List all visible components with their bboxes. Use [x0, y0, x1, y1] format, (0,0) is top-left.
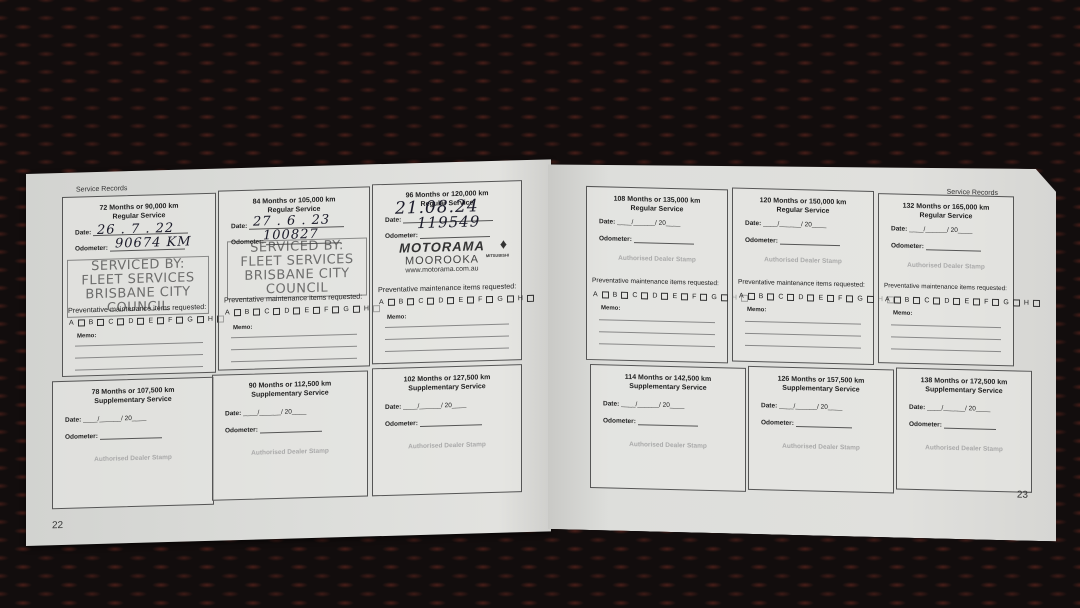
checkbox-c[interactable]: [427, 298, 434, 305]
odometer-field[interactable]: [634, 235, 694, 244]
checkbox-g[interactable]: [1013, 299, 1020, 306]
service-box-138-months: 138 Months or 172,500 km Supplementary S…: [896, 368, 1032, 493]
odometer-row: Odometer:: [225, 422, 367, 436]
memo-line[interactable]: [891, 348, 1001, 352]
date-row: Date: ____/______/ 20____: [65, 413, 213, 427]
left-page: Service Records 72 Months or 90,000 km R…: [26, 159, 551, 546]
pm-checkboxes: A B C D E F G H: [379, 295, 536, 306]
date-row: Date: ____/______/ 20____: [225, 406, 367, 420]
pm-checkboxes: A B C D E F G H: [225, 305, 382, 316]
checkbox-d[interactable]: [807, 294, 814, 301]
odometer-row: Odometer:: [909, 420, 1031, 433]
dealer-stamp-placeholder: Authorised Dealer Stamp: [587, 254, 727, 264]
dealer-stamp-placeholder: Authorised Dealer Stamp: [53, 453, 213, 464]
memo-line[interactable]: [385, 336, 509, 340]
service-interval-title: 120 Months or 150,000 km Regular Service: [733, 196, 873, 217]
odometer-field[interactable]: [100, 430, 162, 440]
date-row: Date: ____/______/ 20____: [761, 402, 893, 415]
dealer-stamp-placeholder: Authorised Dealer Stamp: [749, 442, 893, 453]
service-box-84-months: 84 Months or 105,000 km Regular Service …: [218, 186, 370, 370]
checkbox-e[interactable]: [313, 307, 320, 314]
date-field[interactable]: ____/______/ 20____: [779, 403, 842, 412]
odometer-row: Odometer:: [385, 416, 521, 430]
memo-label: Memo:: [747, 307, 766, 313]
checkbox-f[interactable]: [332, 306, 339, 313]
checkbox-b[interactable]: [767, 293, 774, 300]
service-interval-title: 90 Months or 112,500 km Supplementary Se…: [213, 378, 367, 400]
memo-line[interactable]: [745, 345, 861, 349]
pm-label: Preventative maintenance items requested…: [592, 277, 719, 287]
pm-label: Preventative maintenance items requested…: [884, 282, 1007, 292]
checkbox-d[interactable]: [661, 293, 668, 300]
checkbox-e[interactable]: [157, 317, 164, 324]
service-box-114-months: 114 Months or 142,500 km Supplementary S…: [590, 364, 746, 492]
memo-label: Memo:: [77, 333, 96, 340]
checkbox-f[interactable]: [846, 295, 853, 302]
date-row: Date: ____/______/ 20____: [603, 400, 745, 413]
checkbox-h[interactable]: [1033, 300, 1040, 307]
date-field[interactable]: ____/______/ 20____: [243, 408, 306, 417]
dealer-stamp-placeholder: Authorised Dealer Stamp: [897, 444, 1031, 454]
checkbox-f[interactable]: [176, 317, 183, 324]
mitsubishi-logo-icon: ♦: [500, 236, 507, 252]
checkbox-b[interactable]: [913, 297, 920, 304]
pm-label: Preventative maintenance items requested…: [378, 281, 516, 294]
service-interval-title: 126 Months or 157,500 km Supplementary S…: [749, 374, 893, 396]
service-box-108-months: 108 Months or 135,000 km Regular Service…: [586, 186, 728, 363]
dealer-stamp-placeholder: Authorised Dealer Stamp: [213, 446, 367, 457]
service-box-90-months: 90 Months or 112,500 km Supplementary Se…: [212, 370, 368, 500]
pm-label: Preventative maintenance items requested…: [738, 279, 865, 289]
memo-line[interactable]: [599, 343, 715, 347]
date-field[interactable]: ____/______/ 20____: [621, 401, 684, 410]
memo-line[interactable]: [745, 333, 861, 337]
date-field[interactable]: ____/______/ 20____: [83, 415, 146, 424]
checkbox-d[interactable]: [293, 307, 300, 314]
memo-label: Memo:: [233, 325, 252, 332]
checkbox-a[interactable]: [894, 296, 901, 303]
checkbox-g[interactable]: [867, 296, 874, 303]
checkbox-e[interactable]: [681, 293, 688, 300]
odometer-row: Odometer:: [745, 236, 873, 249]
page-header-label: Service Records: [76, 185, 127, 193]
service-box-72-months: 72 Months or 90,000 km Regular Service D…: [62, 193, 216, 377]
odometer-row: Odometer:: [761, 418, 893, 431]
odometer-field[interactable]: [796, 419, 852, 428]
date-field[interactable]: ____/______/ 20____: [617, 219, 680, 228]
memo-line[interactable]: [599, 319, 715, 323]
checkbox-d[interactable]: [137, 318, 144, 325]
memo-line[interactable]: [385, 324, 509, 328]
handwritten-odometer: 119549: [417, 212, 480, 232]
checkbox-g[interactable]: [353, 306, 360, 313]
checkbox-c[interactable]: [787, 294, 794, 301]
checkbox-b[interactable]: [407, 298, 414, 305]
right-page: Service Records 108 Months or 135,000 km…: [548, 157, 1056, 541]
checkbox-c[interactable]: [933, 297, 940, 304]
service-interval-title: 114 Months or 142,500 km Supplementary S…: [591, 372, 745, 394]
checkbox-e[interactable]: [827, 295, 834, 302]
odometer-field[interactable]: [926, 242, 981, 251]
checkbox-h[interactable]: [527, 295, 534, 302]
memo-line[interactable]: [891, 336, 1001, 340]
odometer-field[interactable]: [420, 417, 482, 427]
odometer-row: Odometer:: [65, 429, 213, 443]
service-box-78-months: 78 Months or 107,500 km Supplementary Se…: [52, 377, 214, 510]
date-field[interactable]: ____/______/ 20____: [403, 402, 466, 411]
memo-line[interactable]: [385, 348, 509, 352]
checkbox-a[interactable]: [388, 299, 395, 306]
service-box-102-months: 102 Months or 127,500 km Supplementary S…: [372, 364, 522, 496]
memo-line[interactable]: [231, 334, 357, 339]
memo-line[interactable]: [599, 331, 715, 335]
service-box-120-months: 120 Months or 150,000 km Regular Service…: [732, 187, 874, 364]
checkbox-g[interactable]: [507, 295, 514, 302]
date-row: Date: ____/______/ 20____: [909, 404, 1031, 417]
date-field[interactable]: ____/______/ 20____: [927, 404, 990, 413]
service-interval-title: 78 Months or 107,500 km Supplementary Se…: [53, 385, 213, 407]
memo-line[interactable]: [75, 366, 203, 371]
memo-label: Memo:: [893, 310, 912, 316]
checkbox-e[interactable]: [467, 296, 474, 303]
service-box-96-months: 96 Months or 120,000 km Regular Service …: [372, 180, 522, 364]
checkbox-c[interactable]: [117, 318, 124, 325]
checkbox-f[interactable]: [992, 299, 999, 306]
service-booklet: Service Records 72 Months or 90,000 km R…: [0, 0, 1080, 608]
service-box-132-months: 132 Months or 165,000 km Regular Service…: [878, 193, 1014, 366]
date-field[interactable]: ____/______/ 20____: [909, 226, 972, 235]
dealer-stamp: MOTORAMA MOOROOKA www.motorama.com.au ♦ …: [397, 238, 487, 275]
dealer-stamp-placeholder: Authorised Dealer Stamp: [591, 440, 745, 451]
pm-checkboxes: A B C D E F G H: [885, 296, 1042, 307]
pm-checkboxes: A B C D E F G H: [739, 293, 896, 304]
service-box-126-months: 126 Months or 157,500 km Supplementary S…: [748, 366, 894, 494]
checkbox-b[interactable]: [253, 308, 260, 315]
checkbox-c[interactable]: [641, 292, 648, 299]
pm-checkboxes: A B C D E F G H: [593, 291, 750, 302]
date-row: Date: ____/______/ 20____: [891, 225, 1013, 238]
date-row: Date: ____/______/ 20____: [385, 400, 521, 414]
service-interval-title: 138 Months or 172,500 km Supplementary S…: [897, 376, 1031, 397]
memo-line[interactable]: [75, 354, 203, 359]
page-number: 23: [1017, 489, 1028, 500]
checkbox-d[interactable]: [447, 297, 454, 304]
checkbox-b[interactable]: [97, 319, 104, 326]
checkbox-a[interactable]: [602, 291, 609, 298]
memo-label: Memo:: [387, 314, 406, 321]
odometer-field[interactable]: [638, 417, 698, 426]
dealer-stamp-placeholder: Authorised Dealer Stamp: [879, 261, 1013, 271]
dealer-stamp-placeholder: Authorised Dealer Stamp: [373, 440, 521, 451]
checkbox-g[interactable]: [721, 294, 728, 301]
checkbox-a[interactable]: [78, 319, 85, 326]
odometer-row: Odometer:: [599, 234, 727, 247]
service-interval-title: 108 Months or 135,000 km Regular Service: [587, 194, 727, 215]
dealer-stamp-placeholder: Authorised Dealer Stamp: [733, 256, 873, 266]
checkbox-b[interactable]: [621, 292, 628, 299]
checkbox-c[interactable]: [273, 308, 280, 315]
odometer-row: Odometer:: [603, 416, 745, 429]
odometer-field[interactable]: [944, 421, 996, 430]
odometer-field[interactable]: [260, 424, 322, 434]
page-number: 22: [52, 520, 63, 531]
odometer-row: Odometer:: [891, 241, 1013, 254]
fleet-services-stamp: SERVICED BY: FLEET SERVICES BRISBANE CIT…: [227, 237, 367, 299]
checkbox-g[interactable]: [197, 316, 204, 323]
memo-line[interactable]: [231, 346, 357, 351]
memo-line[interactable]: [231, 358, 357, 363]
checkbox-a[interactable]: [234, 309, 241, 316]
handwritten-odometer: 90674 KM: [115, 234, 192, 251]
date-row: Date: ____/______/ 20____: [745, 220, 873, 233]
memo-line[interactable]: [891, 324, 1001, 328]
checkbox-d[interactable]: [953, 298, 960, 305]
checkbox-f[interactable]: [486, 296, 493, 303]
date-row: Date: ____/______/ 20____: [599, 218, 727, 231]
checkbox-f[interactable]: [700, 294, 707, 301]
memo-line[interactable]: [75, 342, 203, 347]
service-interval-title: 132 Months or 165,000 km Regular Service: [879, 201, 1013, 222]
service-interval-title: 102 Months or 127,500 km Supplementary S…: [373, 372, 521, 394]
checkbox-a[interactable]: [748, 293, 755, 300]
date-field[interactable]: ____/______/ 20____: [763, 220, 826, 229]
checkbox-e[interactable]: [973, 298, 980, 305]
service-interval-title: 72 Months or 90,000 km Regular Service: [63, 201, 215, 223]
odometer-field[interactable]: [780, 237, 840, 246]
memo-label: Memo:: [601, 305, 620, 311]
memo-line[interactable]: [745, 321, 861, 325]
